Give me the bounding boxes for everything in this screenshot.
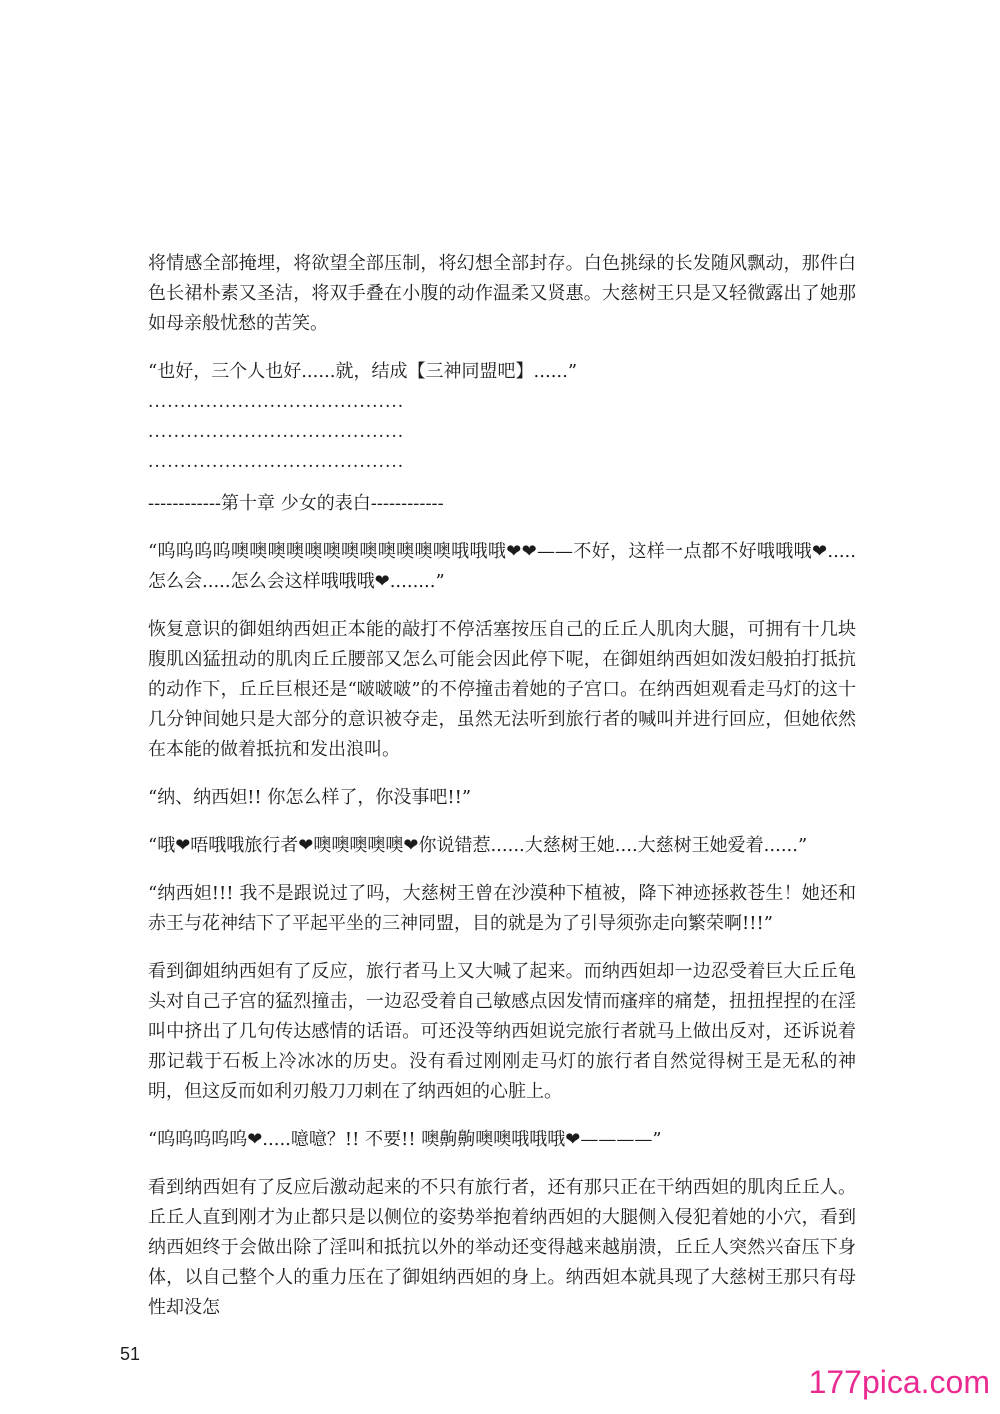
dialogue-traveler-protest: “纳西妲!!! 我不是跟说过了吗，大慈树王曾在沙漠种下植被，降下神迹拯救苍生！她… <box>148 879 856 939</box>
document-page: 将情感全部掩埋，将欲望全部压制，将幻想全部封存。白色挑绿的长发随风飘动，那件白色… <box>0 0 1000 1414</box>
dots-line-3: ........................................ <box>148 447 856 477</box>
page-content: 将情感全部掩埋，将欲望全部压制，将幻想全部封存。白色挑绿的长发随风飘动，那件白色… <box>148 249 856 1341</box>
chapter-heading: ------------第十章 少女的表白------------ <box>148 489 856 519</box>
dialogue-alliance: “也好，三个人也好......就，结成【三神同盟吧】......” <box>148 357 856 387</box>
paragraph-hilichurl: 看到纳西妲有了反应后激动起来的不只有旅行者，还有那只正在干纳西妲的肌肉丘丘人。丘… <box>148 1173 856 1323</box>
paragraph-reaction: 看到御姐纳西妲有了反应，旅行者马上又大喊了起来。而纳西妲却一边忍受着巨大丘丘龟头… <box>148 957 856 1107</box>
dialogue-traveler-call: “纳、纳西妲!! 你怎么样了，你没事吧!!” <box>148 783 856 813</box>
paragraph-nahida-struggle: 恢复意识的御姐纳西妲正本能的敲打不停活塞按压自己的丘丘人肌肉大腿，可拥有十几块腹… <box>148 615 856 765</box>
dialogue-nahida-moan-2: “呜呜呜呜呜❤.....噫噫？!! 不要!! 噢齁齁噢噢哦哦哦❤————” <box>148 1125 856 1155</box>
page-number: 51 <box>120 1344 140 1365</box>
dots-line-2: ........................................ <box>148 417 856 447</box>
paragraph-intro: 将情感全部掩埋，将欲望全部压制，将幻想全部封存。白色挑绿的长发随风飘动，那件白色… <box>148 249 856 339</box>
dots-line-1: ........................................ <box>148 387 856 417</box>
watermark: 177pica.com <box>809 1364 990 1401</box>
dialogue-nahida-moan-1: “呜呜呜呜噢噢噢噢噢噢噢噢噢噢噢噢哦哦哦❤❤——不好，这样一点都不好哦哦哦❤..… <box>148 537 856 597</box>
dialogue-nahida-reply: “哦❤唔哦哦旅行者❤噢噢噢噢噢❤你说错惹......大慈树王她....大慈树王她… <box>148 831 856 861</box>
